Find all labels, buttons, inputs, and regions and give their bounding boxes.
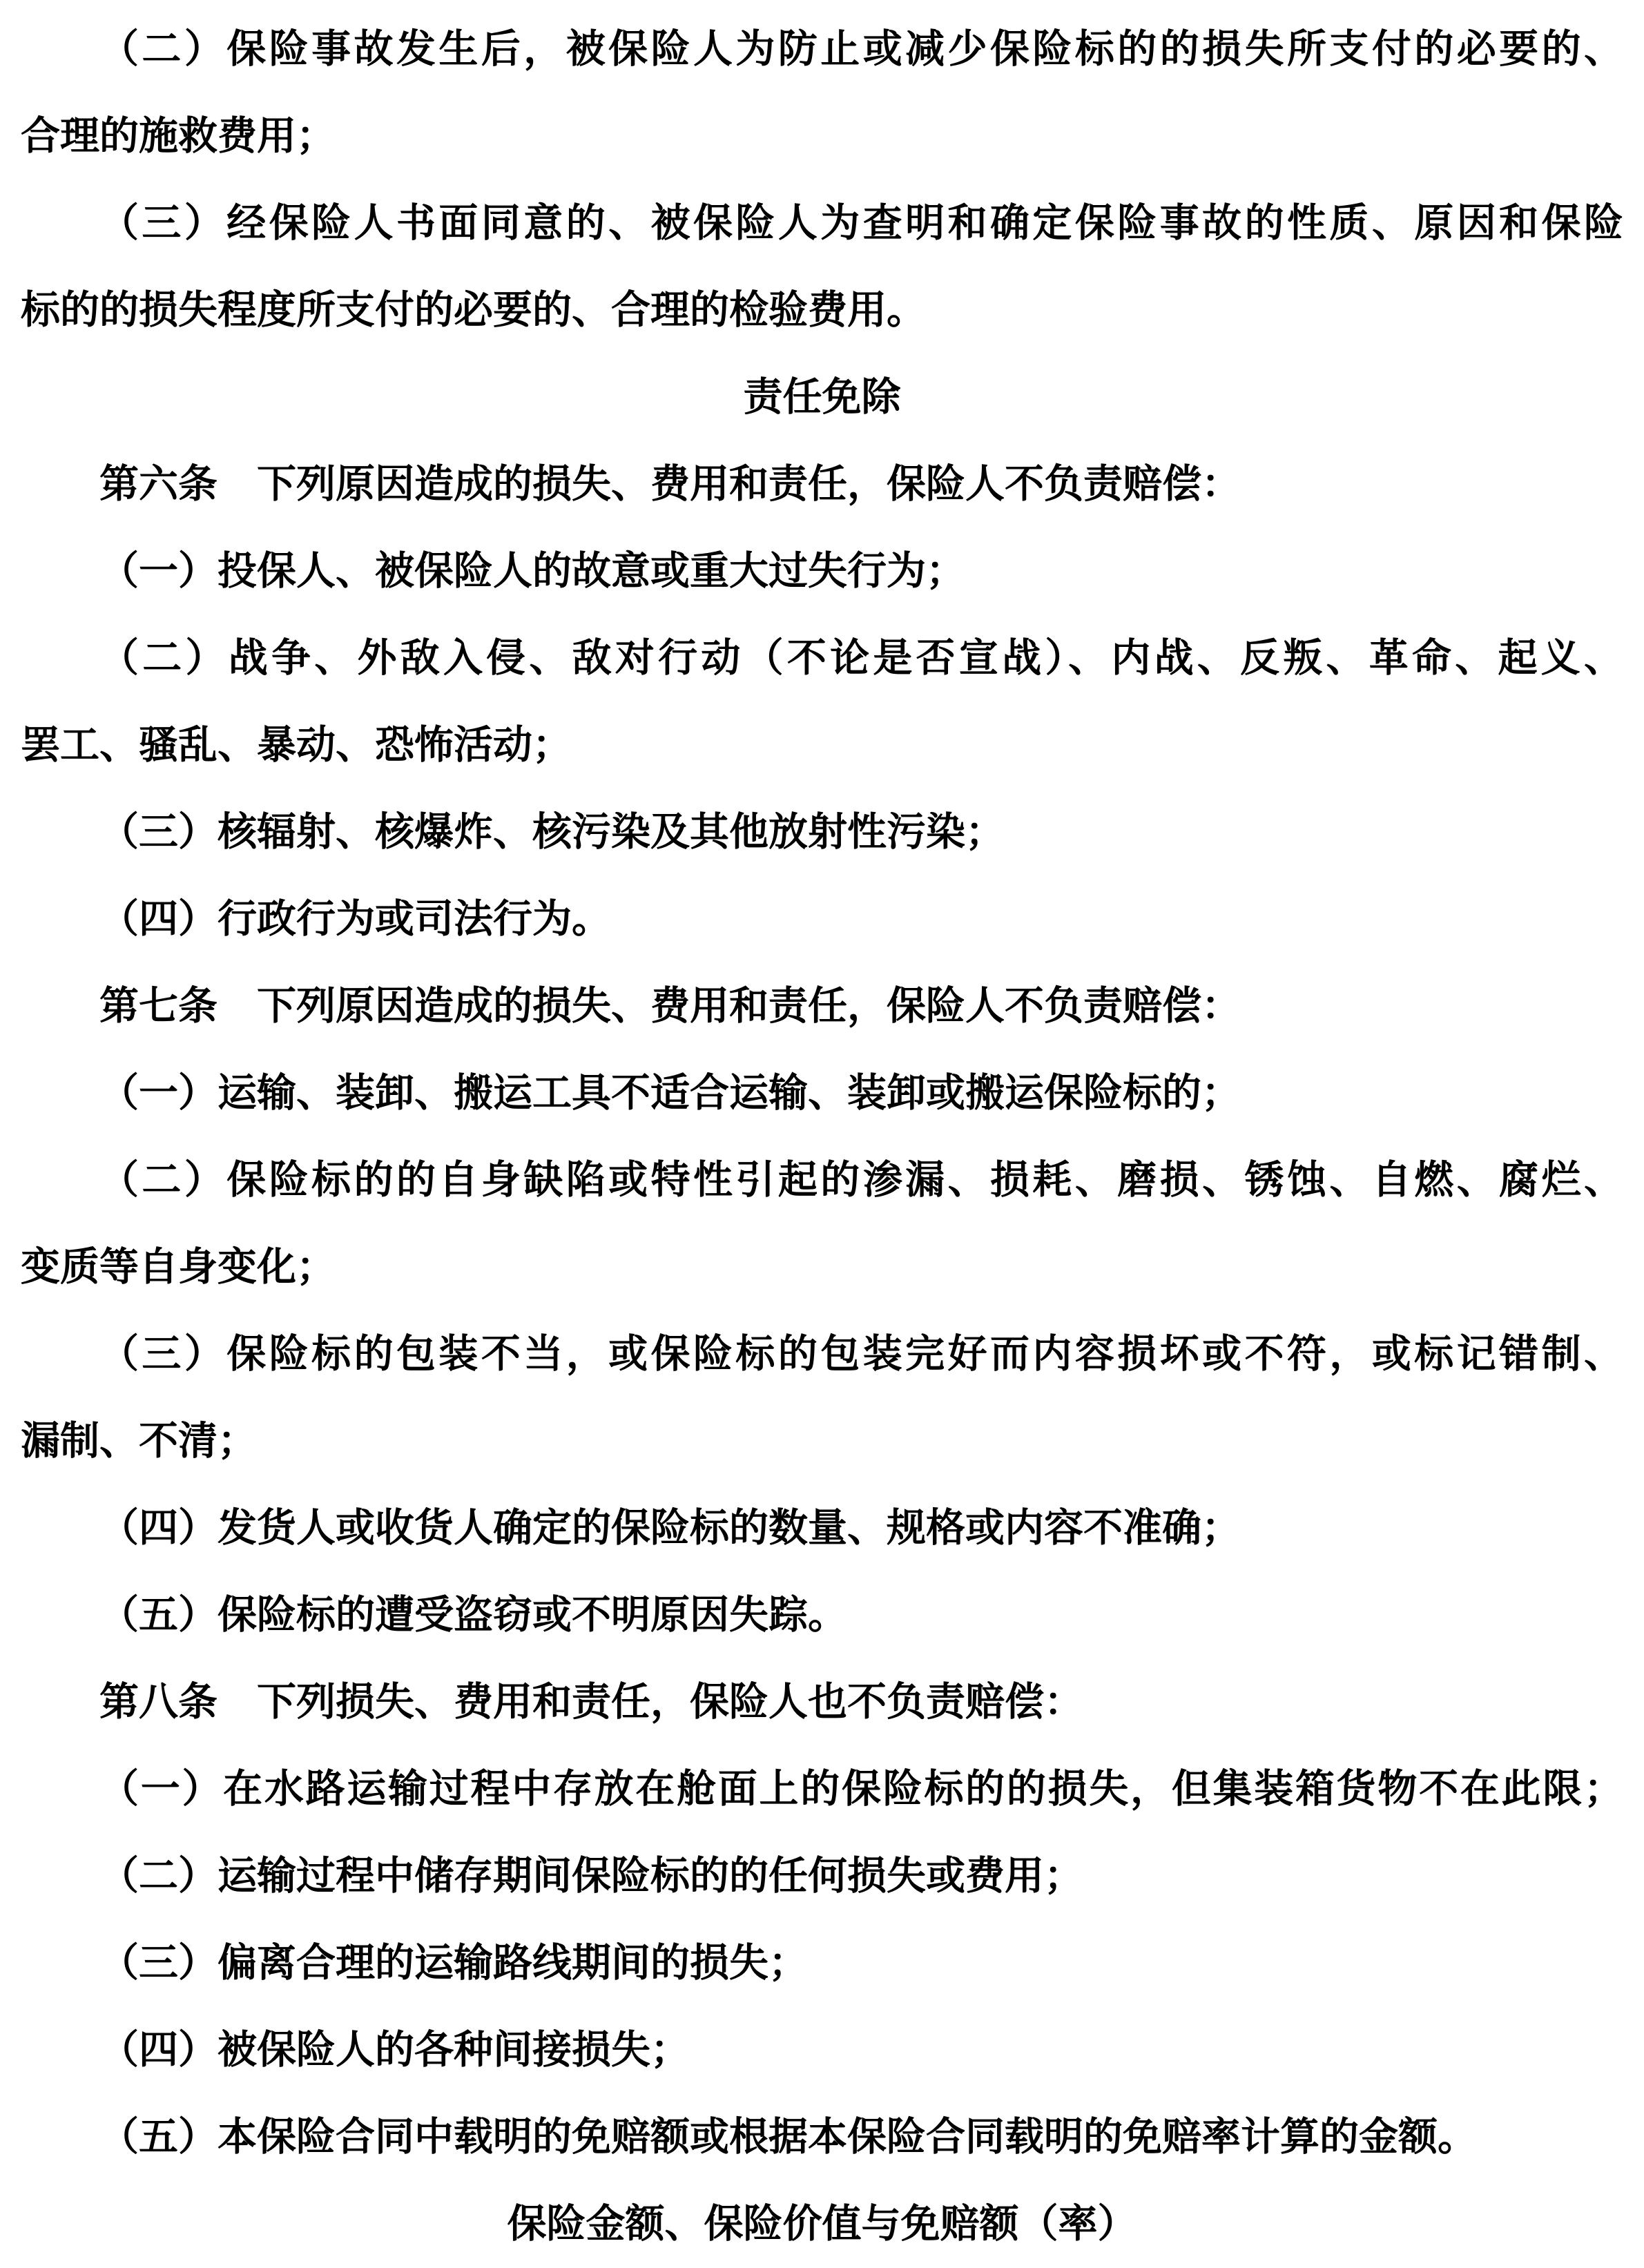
item-line: （一）在水路运输过程中存放在舱面上的保险标的的损失，但集装箱货物不在此限； — [21, 1745, 1623, 1832]
continuation-line: 标的的损失程度所支付的必要的、合理的检验费用。 — [21, 266, 1623, 353]
item-line: （二）运输过程中储存期间保险标的的任何损失或费用； — [21, 1832, 1623, 1919]
item-line: （一）运输、装卸、搬运工具不适合运输、装卸或搬运保险标的； — [21, 1049, 1623, 1136]
document-page: （二）保险事故发生后，被保险人为防止或减少保险标的的损失所支付的必要的、 合理的… — [0, 0, 1644, 2268]
continuation-line: 变质等自身变化； — [21, 1223, 1623, 1310]
continuation-line: 漏制、不清； — [21, 1397, 1623, 1484]
item-line: （五）本保险合同中载明的免赔额或根据本保险合同载明的免赔率计算的金额。 — [21, 2093, 1623, 2180]
section-heading-liability-exclusions: 责任免除 — [21, 353, 1623, 440]
item-line: （四）发货人或收货人确定的保险标的数量、规格或内容不准确； — [21, 1484, 1623, 1571]
item-first-line: （三）保险标的包装不当，或保险标的包装完好而内容损坏或不符，或标记错制、 — [21, 1310, 1623, 1397]
item-first-line: （三）经保险人书面同意的、被保险人为查明和确定保险事故的性质、原因和保险 — [21, 180, 1623, 266]
article-line-8: 第八条 下列损失、费用和责任，保险人也不负责赔偿： — [21, 1658, 1623, 1745]
item-first-line: （二）保险事故发生后，被保险人为防止或减少保险标的的损失所支付的必要的、 — [21, 6, 1623, 93]
item-line: （三）偏离合理的运输路线期间的损失； — [21, 1919, 1623, 2006]
item-first-line: （二）战争、外敌入侵、敌对行动（不论是否宣战）、内战、反叛、革命、起义、 — [21, 614, 1623, 701]
article-line-6: 第六条 下列原因造成的损失、费用和责任，保险人不负责赔偿： — [21, 440, 1623, 527]
item-first-line: （二）保险标的的自身缺陷或特性引起的渗漏、损耗、磨损、锈蚀、自燃、腐烂、 — [21, 1136, 1623, 1223]
item-line: （四）行政行为或司法行为。 — [21, 875, 1623, 962]
item-line: （一）投保人、被保险人的故意或重大过失行为； — [21, 527, 1623, 614]
item-line: （四）被保险人的各种间接损失； — [21, 2006, 1623, 2093]
item-line: （三）核辐射、核爆炸、核污染及其他放射性污染； — [21, 788, 1623, 875]
article-line-7: 第七条 下列原因造成的损失、费用和责任，保险人不负责赔偿： — [21, 962, 1623, 1049]
section-heading-insured-amount: 保险金额、保险价值与免赔额（率） — [21, 2180, 1623, 2267]
continuation-line: 合理的施救费用； — [21, 93, 1623, 180]
item-line: （五）保险标的遭受盗窃或不明原因失踪。 — [21, 1571, 1623, 1658]
continuation-line: 罢工、骚乱、暴动、恐怖活动； — [21, 701, 1623, 788]
